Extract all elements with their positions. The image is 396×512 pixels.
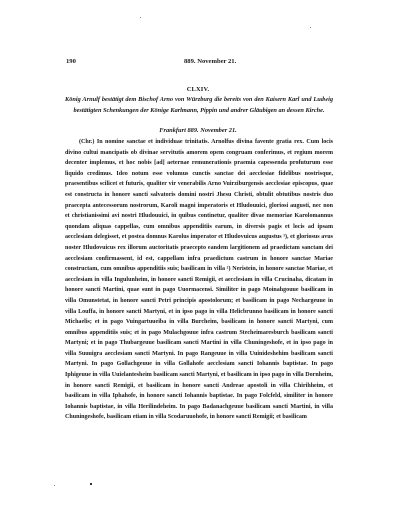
charter-body: (Chr.) In nomine sanctae et individuae t…: [65, 137, 333, 423]
charter-number: CLXIV.: [0, 86, 396, 93]
scan-speck: [310, 27, 311, 28]
scan-speck: [90, 483, 92, 485]
running-head: 190 889. November 21.: [66, 58, 332, 68]
charter-summary: König Arnulf bestätigt dem Bischof Arno …: [65, 95, 333, 116]
scan-speck: [54, 485, 55, 486]
charter-body-paragraph: (Chr.) In nomine sanctae et individuae t…: [65, 137, 333, 423]
running-head-date: 889. November 21.: [184, 58, 236, 65]
scan-speck: [140, 17, 141, 18]
document-page: 190 889. November 21. CLXIV. König Arnul…: [0, 0, 396, 512]
charter-place-date: Frankfurt 889. November 21.: [0, 127, 396, 134]
page-number: 190: [66, 58, 76, 65]
